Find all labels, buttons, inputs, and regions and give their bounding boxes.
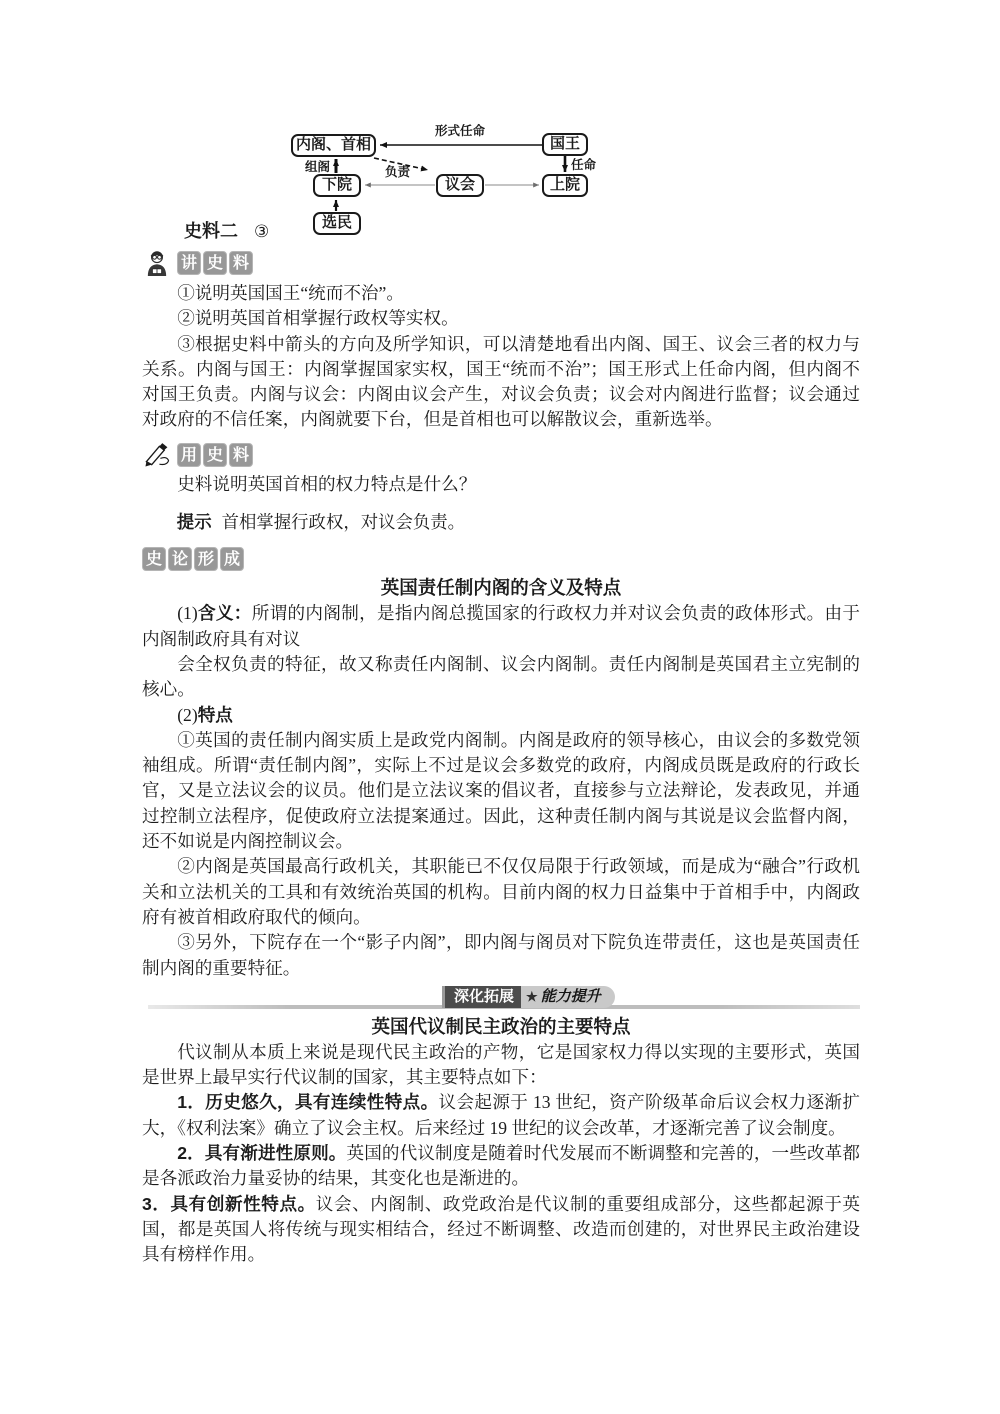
hint-line: 提示首相掌握行政权，对议会负责。: [142, 510, 860, 535]
edge-label-appointment: 任命: [571, 159, 596, 172]
banner-right-label: ★能力提升: [521, 986, 615, 1008]
meaning-label: 含义：: [198, 603, 252, 623]
diagram-box-parliament: 议会: [436, 174, 484, 197]
material-two-heading: 史料二③: [184, 217, 269, 243]
expand-banner: 深化拓展 ★能力提升: [142, 986, 860, 1014]
expand-point-2: 2．具有渐进性原则。英国的代议制度是随着时代发展而不断调整和完善的，一些改革都是…: [142, 1141, 860, 1192]
expand-intro: 代议制从本质上来说是现代民主政治的产物，它是国家权力得以实现的主要形式，英国是世…: [142, 1040, 860, 1091]
theory-paragraph-meaning-cont: 会全权负责的特征，故又称责任内阁制、议会内阁制。责任内阁制是英国君主立宪制的核心…: [142, 652, 860, 703]
diagram-box-lords: 上院: [542, 174, 588, 197]
section-tag-jiang-shiliao: 讲 史 料: [142, 249, 860, 276]
explain-item-1: ①说明英国国王“统而不治”。: [142, 281, 860, 306]
tag-chars-shilun-xingcheng: 史 论 形 成: [142, 547, 244, 571]
explain-item-3: ③根据史料中箭头的方向及所学知识，可以清楚地看出内阁、国王、议会三者的权力与关系…: [142, 332, 860, 433]
teacher-icon: [142, 249, 174, 276]
theory-feature-2: ②内阁是英国最高行政机关，其职能已不仅仅局限于行政领域，而是成为“融合”行政机关…: [142, 854, 860, 930]
tag-char: 论: [168, 547, 192, 571]
expand-point-1: 1．历史悠久，具有连续性特点。议会起源于 13 世纪，资产阶级革命后议会权力逐渐…: [142, 1090, 860, 1141]
edge-label-formal-appointment: 形式任命: [435, 125, 485, 138]
tag-char: 用: [177, 443, 201, 467]
section-tag-yong-shiliao: 用 史 料: [142, 442, 860, 469]
material-two-marker: ③: [254, 222, 269, 241]
tag-chars-yong-shiliao: 用 史 料: [177, 443, 253, 467]
diagram-box-voters: 选民: [313, 212, 361, 235]
tag-char: 形: [194, 547, 218, 571]
tag-char: 讲: [177, 251, 201, 275]
point-bold: 具有创新性特点。: [171, 1194, 316, 1214]
section-tag-shilun-xingcheng: 史 论 形 成: [142, 545, 860, 572]
list-number: (2): [177, 705, 198, 725]
pen-hand-icon: [142, 442, 174, 469]
diagram-box-commons: 下院: [313, 174, 361, 197]
theory-title: 英国责任制内阁的含义及特点: [142, 575, 860, 601]
banner-left-label: 深化拓展: [442, 986, 521, 1008]
tag-char: 史: [203, 251, 227, 275]
point-number: 3．: [142, 1194, 171, 1214]
list-number: (1): [177, 603, 198, 623]
tag-chars-jiang-shiliao: 讲 史 料: [177, 251, 253, 275]
edge-label-responsible: 负责: [385, 166, 410, 179]
material-two-label: 史料二: [184, 221, 238, 241]
diagram-box-king: 国王: [542, 133, 588, 156]
hint-text: 首相掌握行政权，对议会负责。: [222, 512, 465, 532]
banner-tab: 深化拓展 ★能力提升: [442, 986, 615, 1008]
expand-point-3: 3．具有创新性特点。议会、内阁制、政党政治是代议制的重要组成部分，这些都起源于英…: [142, 1192, 860, 1268]
features-label: 特点: [198, 705, 233, 725]
point-number: 2．: [177, 1143, 205, 1163]
point-bold: 具有渐进性原则。: [205, 1143, 347, 1163]
theory-paragraph-features-label: (2)特点: [142, 703, 860, 728]
edge-label-form-cabinet: 组阁: [305, 161, 330, 174]
british-government-diagram: 内阁、首相 国王 下院 议会 上院 选民 形式任命 任命 组阁 负责: [270, 119, 730, 244]
star-icon: ★: [526, 989, 538, 1004]
explain-item-2: ②说明英国首相掌握行政权等实权。: [142, 306, 860, 331]
point-number: 1．: [177, 1092, 205, 1112]
tag-char: 史: [203, 443, 227, 467]
theory-feature-1: ①英国的责任制内阁实质上是政党内阁制。内阁是政府的领导核心，由议会的多数党领袖组…: [142, 728, 860, 854]
point-bold: 历史悠久，具有连续性特点。: [205, 1092, 438, 1112]
use-question: 史料说明英国首相的权力特点是什么？: [142, 472, 860, 497]
tag-char: 料: [229, 443, 253, 467]
diagram-box-cabinet-pm: 内阁、首相: [291, 134, 376, 157]
theory-feature-3: ③另外，下院存在一个“影子内阁”，即内阁与阁员对下院负连带责任，这也是英国责任制…: [142, 930, 860, 981]
hint-label: 提示: [177, 512, 212, 532]
expand-title: 英国代议制民主政治的主要特点: [142, 1014, 860, 1040]
tag-char: 料: [229, 251, 253, 275]
theory-paragraph-meaning: (1)含义：所谓的内阁制，是指内阁总揽国家的行政权力并对议会负责的政体形式。由于…: [142, 601, 860, 652]
tag-char: 成: [220, 547, 244, 571]
tag-char: 史: [142, 547, 166, 571]
main-content: 讲 史 料 ①说明英国国王“统而不治”。 ②说明英国首相掌握行政权等实权。 ③根…: [142, 249, 860, 1268]
